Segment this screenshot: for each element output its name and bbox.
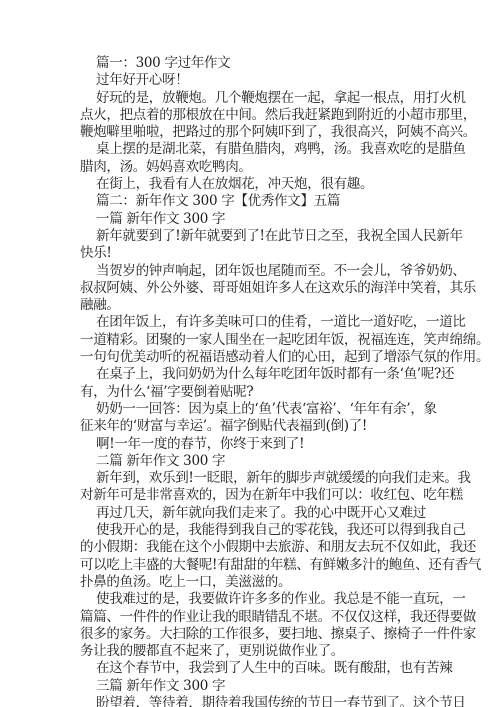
text-line: 篇篇、一件件的作业让我的眼睛错乱不堪。不仅仅这样，我还得要做: [80, 609, 440, 626]
text-line: 融融。: [80, 297, 440, 314]
text-line: 盼望着，等待着，期待着我国传统的节日一春节到了。这个节日: [80, 695, 440, 707]
text-line: 一句句优美动听的祝福语感动着人们的心田，起到了增添气氛的作用。: [80, 349, 440, 366]
text-line: 在桌子上，我问奶奶为什么每年吃团年饭时都有一条‘鱼’呢?还: [80, 366, 440, 383]
text-line: 可以吃上丰盛的大餐呢!有甜甜的年糕、有鲜嫩多汁的鲍鱼、还有香气: [80, 557, 440, 574]
text-line: 征来年的‘财富与幸运’。福字倒贴代表福到(倒)了!: [80, 418, 440, 435]
text-line: 腊肉，汤。妈妈喜欢吃鸭肉。: [80, 159, 440, 176]
text-line: 叔叔阿姨、外公外婆、哥哥姐姐许多人在这欢乐的海洋中笑着，其乐: [80, 280, 440, 297]
text-line: 桌上摆的是湖北菜，有腊鱼腊肉，鸡鸭，汤。我喜欢吃的是腊鱼: [80, 141, 440, 158]
text-line: 有，为什么‘福’字要倒着贴呢?: [80, 384, 440, 401]
section-heading: 一篇 新年作文 300 字: [80, 211, 440, 228]
text-line: 对新年可是非常喜欢的，因为在新年中我们可以：收红包、吃年糕: [80, 487, 440, 504]
section-heading: 篇二：新年作文 300 字【优秀作文】五篇: [80, 193, 440, 210]
text-line: 快乐!: [80, 245, 440, 262]
text-line: 在这个春节中，我尝到了人生中的百味。既有酸甜，也有苦辣: [80, 660, 440, 677]
text-line: 的小假期：我能在这个小假期中去旅游、和朋友去玩不仅如此，我还: [80, 539, 440, 556]
text-line: 务让我的腰都直不起来了，更别说做作业了。: [80, 643, 440, 660]
text-line: 过年好开心呀！: [80, 72, 440, 89]
section-heading: 二篇 新年作文 300 字: [80, 453, 440, 470]
text-line: 在街上，我看有人在放烟花，冲天炮，很有趣。: [80, 176, 440, 193]
text-line: 点火，把点着的那根放在中间。然后我赶紧跑到附近的小超市那里，: [80, 107, 440, 124]
text-line: 一道精彩。团聚的一家人围坐在一起吃团年饭，祝福连连，笑声绵绵。: [80, 332, 440, 349]
document-page: 篇一：300 字过年作文过年好开心呀！好玩的是，放鞭炮。几个鞭炮摆在一起，拿起一…: [80, 55, 440, 707]
text-line: 鞭炮噼里啪啦，把路过的那个阿姨吓到了，我很高兴，阿姨不高兴。: [80, 124, 440, 141]
text-line: 新年到，欢乐到!一眨眼，新年的脚步声就缓缓的向我们走来。我: [80, 470, 440, 487]
text-line: 使我难过的是，我要做许许多多的作业。我总是不能一直玩，一: [80, 591, 440, 608]
text-line: 再过几天，新年就向我们走来了。我的心中既开心又难过: [80, 505, 440, 522]
text-line: 使我开心的是，我能得到我自己的零花钱，我还可以得到我自己: [80, 522, 440, 539]
text-line: 扑鼻的鱼汤。吃上一口，美滋滋的。: [80, 574, 440, 591]
section-heading: 三篇 新年作文 300 字: [80, 678, 440, 695]
section-heading: 篇一：300 字过年作文: [80, 55, 440, 72]
text-line: 新年就要到了!新年就要到了!在此节日之至，我祝全国人民新年: [80, 228, 440, 245]
text-line: 当贺岁的钟声响起，团年饭也尾随而至。不一会儿，爷爷奶奶、: [80, 263, 440, 280]
text-line: 很多的家务。大扫除的工作很多，要扫地、擦桌子、擦椅子一件件家: [80, 626, 440, 643]
text-line: 啊!一年一度的春节，你终于来到了!: [80, 436, 440, 453]
text-line: 好玩的是，放鞭炮。几个鞭炮摆在一起，拿起一根点，用打火机: [80, 90, 440, 107]
text-line: 在团年饭上，有许多美味可口的佳肴，一道比一道好吃，一道比: [80, 314, 440, 331]
text-line: 奶奶一一回答：因为桌上的‘鱼’代表‘富裕’、‘年年有余’，象: [80, 401, 440, 418]
